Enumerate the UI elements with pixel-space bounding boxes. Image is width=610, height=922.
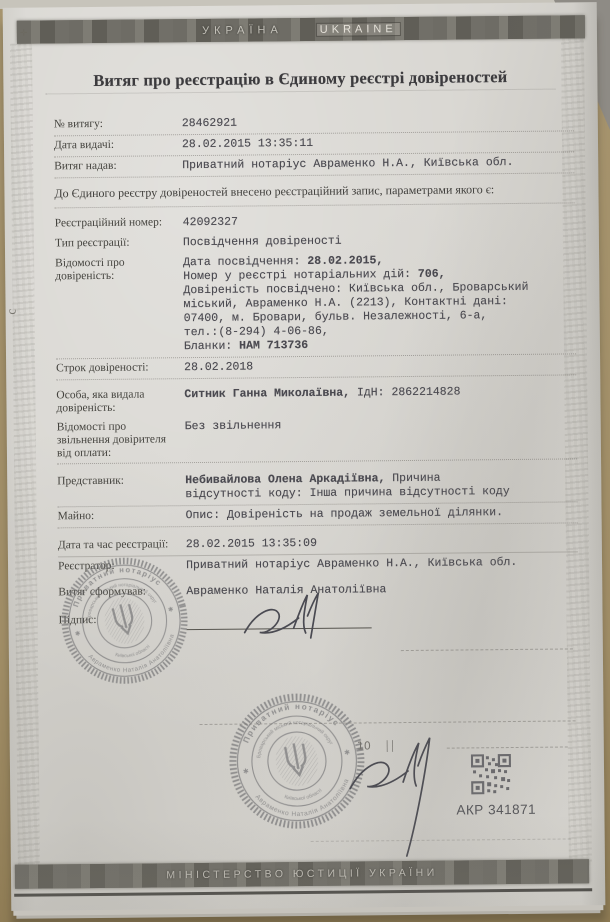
svg-text:Київської області: Київської області	[283, 787, 325, 805]
field-label: Реєстраційний номер:	[55, 216, 183, 231]
handwritten-strokes: ||	[386, 737, 397, 753]
svg-text:Авраменко Наталія Анатоліївна: Авраменко Наталія Анатоліївна	[86, 631, 183, 683]
svg-text:Київської області: Київської області	[113, 643, 152, 663]
ruled-line	[311, 838, 571, 841]
document-fields: № витягу: 28462921 Дата видачі: 28.02.20…	[54, 110, 579, 634]
field-label: Строк довіреності:	[56, 361, 184, 376]
field-value: 28.02.2018	[184, 357, 576, 375]
intro-paragraph: До Єдиного реєстру довіреностей внесено …	[54, 173, 574, 208]
qr-code-icon	[471, 754, 511, 799]
svg-text:Приватний нотаріус: Приватний нотаріус	[236, 694, 342, 746]
document-title: Витяг про реєстрацію в Єдиному реєстрі д…	[3, 66, 597, 95]
field-value: Авраменко Наталія Анатоліївна	[186, 581, 578, 599]
field-label: Дата та час реєстрації:	[58, 538, 186, 553]
svg-text:Броварський міський нотаріальн: Броварський міський нотаріальний округ	[250, 713, 334, 760]
field-label: Особа, яка видала довіреність:	[56, 388, 184, 415]
signature-line	[186, 609, 578, 630]
photo-backdrop: УКРАЇНА UKRAINE ✛ ɔ Витяг про реєстрацію…	[0, 0, 610, 922]
field-value: Дата посвідчення: 28.02.2015, Номер у ре…	[183, 252, 576, 354]
field-label: Майно:	[58, 509, 186, 524]
field-label: Витяг надав:	[54, 159, 182, 174]
field-row-poa-info: Відомості про довіреність: Дата посвідче…	[55, 249, 576, 359]
handwritten-mark: 10	[357, 739, 371, 752]
watermark-ministry: МІНІСТЕРСТВО ЮСТИЦІЇ УКРАЇНИ	[166, 867, 438, 882]
field-value: Без звільнення	[185, 416, 577, 459]
svg-text:✱: ✱	[344, 748, 351, 757]
trident-icon	[285, 742, 309, 777]
field-label: Дата видачі:	[54, 138, 182, 153]
field-value: 28.02.2015 13:35:11	[182, 134, 574, 152]
field-label: Підпис:	[59, 613, 187, 631]
field-row-signature: Підпис:	[58, 606, 578, 634]
document-paper: УКРАЇНА UKRAINE ✛ ɔ Витяг про реєстрацію…	[3, 2, 606, 911]
notary-seal-icon: Приватний нотаріус Авраменко Наталія Ана…	[221, 685, 372, 836]
bottom-rule	[14, 888, 592, 896]
qr-label: АКР 341871	[456, 802, 536, 818]
watermark-ukraine: UKRAINE	[317, 23, 400, 36]
field-value: Посвідчення довіреності	[183, 232, 575, 250]
field-label: Представник:	[57, 474, 185, 503]
field-value: 28.02.2015 13:35:09	[186, 534, 578, 552]
field-value: Приватний нотаріус Авраменко Н.А., Київс…	[182, 155, 574, 173]
field-value: Приватний нотаріус Авраменко Н.А., Київс…	[186, 555, 578, 573]
ministry-band: МІНІСТЕРСТВО ЮСТИЦІЇ УКРАЇНИ	[15, 859, 589, 889]
registration-cross-mark: ✛	[20, 29, 28, 39]
field-row-representative: Представник: Небивайлова Олена Аркадіївн…	[57, 467, 577, 507]
svg-text:✱: ✱	[242, 767, 249, 776]
field-value: Небивайлова Олена Аркадіївна, Причина ві…	[185, 470, 577, 502]
security-band-top: УКРАЇНА UKRAINE	[17, 15, 585, 43]
field-label: Відомості про довіреність:	[55, 256, 184, 355]
field-label: Відомості про звільнення довірителя від …	[57, 420, 185, 460]
field-row-issuer: Особа, яка видала довіреність: Ситник Га…	[56, 381, 576, 418]
field-value: 28462921	[182, 113, 574, 131]
svg-text:Авраменко Наталія Анатоліївна: Авраменко Наталія Анатоліївна	[253, 777, 356, 827]
field-value: 42092327	[183, 212, 575, 230]
field-label: Реєстратор:	[58, 559, 186, 574]
security-stripe-left	[10, 44, 40, 867]
ruled-line	[401, 648, 573, 651]
field-label: Витяг сформував:	[58, 585, 186, 600]
margin-pen-mark: ɔ	[5, 309, 21, 315]
field-row-exemption: Відомості про звільнення довірителя від …	[57, 413, 577, 464]
watermark-ukraina: УКРАЇНА	[202, 24, 283, 37]
ruled-line	[200, 720, 576, 725]
ruled-line	[447, 746, 568, 748]
field-value: Опис: Довіреність на продаж земельної ді…	[185, 505, 577, 523]
field-value: Ситник Ганна Миколаївна, ІдН: 2862214828	[184, 384, 576, 414]
field-label: Тип реєстрації:	[55, 236, 183, 251]
field-label: № витягу:	[54, 117, 182, 132]
